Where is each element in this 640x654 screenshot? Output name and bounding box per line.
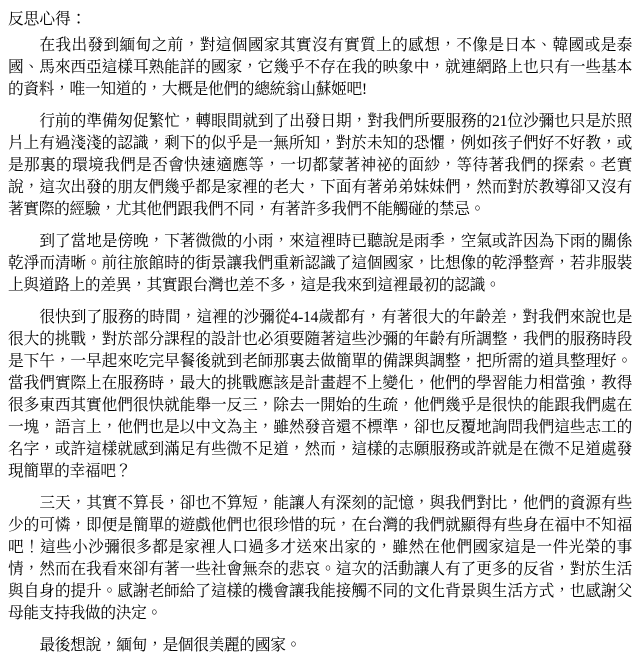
paragraph-arrival: 到了當地是傍晚，下著微微的小雨，來這裡時已聽說是雨季，空氣或許因為下雨的關係乾淨… <box>8 231 632 297</box>
paragraph-service: 很快到了服務的時間，這裡的沙彌從4-14歲都有，有著很大的年齡差，對我們來說也是… <box>8 307 632 483</box>
document-title: 反思心得： <box>8 9 632 31</box>
paragraph-closing: 最後想說，緬甸，是個很美麗的國家。 <box>8 635 632 654</box>
paragraph-reflection: 三天，其實不算長，卻也不算短，能讓人有深刻的記憶，與我們對比，他們的資源有些少的… <box>8 493 632 625</box>
document-page: 反思心得： 在我出發到緬甸之前，對這個國家其實沒有實質上的感想，不像是日本、韓國… <box>0 0 640 654</box>
paragraph-intro: 在我出發到緬甸之前，對這個國家其實沒有實質上的感想，不像是日本、韓國或是泰國、馬… <box>8 35 632 101</box>
paragraph-preparation: 行前的準備匆促繁忙，轉眼間就到了出發日期，對我們所要服務的21位沙彌也只是於照片… <box>8 111 632 221</box>
